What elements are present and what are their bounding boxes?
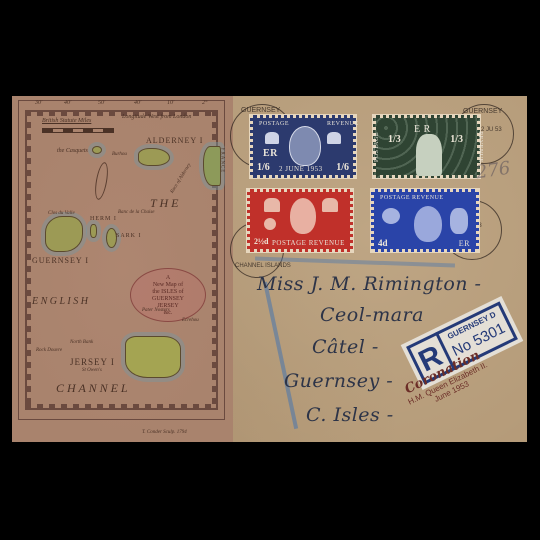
- stamp-text: POSTAGE: [374, 132, 380, 162]
- stamp-text: POSTAGE REVENUE: [272, 239, 345, 247]
- postmark-date: 2 JU 53: [481, 127, 502, 133]
- label-herm: HERM I: [90, 216, 117, 222]
- label-alderney: ALDERNEY I: [146, 136, 203, 145]
- label-pater-nosters: Pater Nosters: [142, 308, 170, 313]
- stamp-value: 1/6: [336, 162, 349, 173]
- queen-robed-figure: [416, 134, 442, 176]
- address-line-parish: Câtel -: [312, 336, 379, 358]
- orb-icon: [264, 218, 276, 230]
- label-north-bank: North Bank: [70, 340, 93, 345]
- alderney-island: [138, 148, 170, 166]
- degree-tick: 40': [64, 100, 71, 106]
- address-line-name: Miss J. M. Rimington -: [257, 273, 481, 295]
- degree-tick: 30': [35, 100, 42, 106]
- stamp-2-5d-red: 2½d POSTAGE REVENUE: [247, 189, 353, 252]
- queen-portrait: [289, 126, 321, 166]
- label-st-ouen: St Owen's: [82, 368, 102, 373]
- france-coast: [203, 146, 221, 186]
- queen-portrait: [290, 198, 316, 234]
- postmark-office: GUERNSEY: [241, 107, 280, 114]
- stamp-text: REVENUE: [476, 131, 482, 163]
- map-cartouche: A New Map of the ISLES of GUERNSEY JERSE…: [130, 268, 206, 322]
- address-line-house: Ceol-mara: [320, 304, 424, 326]
- map-longitude-note: Longitude West from London: [122, 114, 191, 120]
- royal-cipher: ER: [459, 239, 470, 248]
- map-scale-title: British Statute Miles: [42, 118, 91, 124]
- cartouche-line: GUERNSEY: [131, 296, 205, 303]
- stamp-date-text: 2 JUNE 1953: [279, 165, 323, 173]
- stamp-text: REVENUE: [327, 121, 359, 127]
- label-ecrehou: Ecrehou: [182, 318, 199, 323]
- royal-cipher: ER: [263, 148, 278, 159]
- postmark-bottom: CHANNEL ISLANDS: [235, 263, 291, 269]
- degree-tick: 10': [167, 100, 174, 106]
- jersey-island: [125, 336, 181, 378]
- crown-icon: [322, 198, 338, 212]
- cartouche-line: New Map of: [131, 282, 205, 289]
- map-illustration: 30' 40' 50' 40' 10' 2° British Statute M…: [12, 96, 233, 442]
- map-left-degree-scale: [25, 110, 31, 410]
- map-bottom-degree-scale: [25, 404, 218, 410]
- crown-icon: [265, 132, 279, 144]
- stamp-1s6d-blue: POSTAGE REVENUE ER 1/6 1/6 2 JUNE 1953: [250, 115, 356, 178]
- label-channel: C H A N N E L: [56, 381, 128, 396]
- stamp-value: 2½d: [254, 237, 268, 246]
- cartouche-line: the ISLES of: [131, 289, 205, 296]
- address-line-island: Guernsey -: [284, 370, 393, 392]
- postmark-office: GUERNSEY: [463, 108, 502, 115]
- queen-portrait: [414, 206, 442, 242]
- crown-icon: [264, 198, 280, 212]
- label-sark: SARK I: [116, 233, 142, 239]
- label-the: T H E: [150, 196, 178, 211]
- label-english: E N G L I S H: [32, 296, 88, 307]
- stamp-value: 1/3: [450, 134, 463, 145]
- stamp-text: POSTAGE REVENUE: [380, 195, 444, 201]
- label-guernsey: GUERNSEY I: [32, 256, 89, 265]
- herm-island: [90, 224, 97, 238]
- stamp-value: 4d: [378, 238, 388, 248]
- label-jersey: JERSEY I: [70, 357, 115, 367]
- degree-tick: 40': [134, 100, 141, 106]
- stamp-4d-blue: POSTAGE REVENUE 4d ER: [371, 189, 479, 252]
- degree-tick: 50': [98, 100, 105, 106]
- guernsey-island: [45, 216, 83, 252]
- stamp-value: 1/6: [257, 162, 270, 173]
- degree-tick: 2°: [202, 100, 207, 106]
- stamp-text: POSTAGE: [259, 121, 289, 127]
- casquets-rocks: [92, 146, 102, 154]
- stamp-1s3d-green: POSTAGE REVENUE E R 1/3 1/3: [373, 115, 480, 178]
- label-burhou: Burhou: [112, 152, 127, 157]
- label-banc: Banc de la Chaise: [118, 210, 155, 215]
- label-casquets: the Casquets: [57, 148, 88, 154]
- cartouche-line: A: [131, 275, 205, 282]
- address-line-region: C. Isles -: [306, 404, 394, 426]
- label-rock-douvre: Rock Douvre: [36, 348, 62, 353]
- rose-emblem-icon: [382, 208, 400, 224]
- map-scale-bar: [42, 128, 114, 133]
- label-clos-du-valle: Clos du Valle: [48, 211, 75, 216]
- thistle-emblem-icon: [450, 208, 468, 234]
- label-france: FRANCE: [219, 148, 224, 174]
- crown-icon: [327, 132, 341, 144]
- stamp-value: 1/3: [388, 134, 401, 145]
- label-engraver: T. Conder Sculp. 1794: [142, 430, 187, 435]
